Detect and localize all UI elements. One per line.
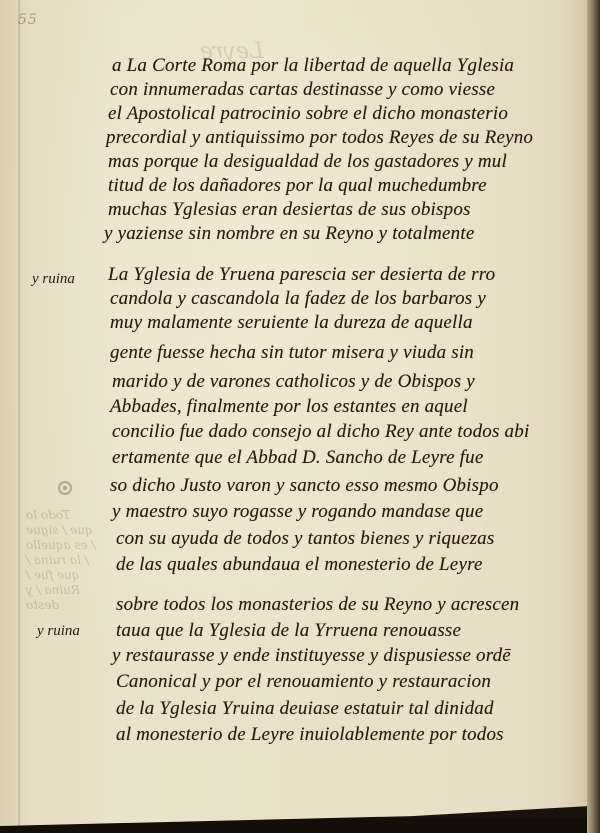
text-line: concilio fue dado consejo al dicho Rey a… xyxy=(112,421,529,443)
text-line: marido y de varones catholicos y de Obis… xyxy=(112,371,475,393)
text-line: sobre todos los monasterios de su Reyno … xyxy=(116,594,519,616)
margin-note: y ruina xyxy=(32,271,75,288)
text-line: con innumeradas cartas destinasse y como… xyxy=(110,79,495,101)
text-line: el Apostolical patrocinio sobre el dicho… xyxy=(108,103,508,125)
text-line: y maestro suyo rogasse y rogando mandase… xyxy=(112,501,483,523)
text-line: precordial y antiquissimo por todos Reye… xyxy=(106,127,533,149)
text-line: de la Yglesia Yruina deuiase estatuir ta… xyxy=(116,698,494,720)
text-line: Abbades, finalmente por los estantes en … xyxy=(110,396,468,418)
text-line: y yaziense sin nombre en su Reyno y tota… xyxy=(104,223,474,245)
text-line: candola y cascandola la fadez de los bar… xyxy=(110,288,486,310)
margin-note: y ruina xyxy=(37,623,80,640)
text-line: titud de los dañadores por la qual muche… xyxy=(108,175,487,197)
text-line: muchas Yglesias eran desiertas de sus ob… xyxy=(108,199,471,221)
text-line: muy malamente seruiente la dureza de aqu… xyxy=(110,312,473,334)
text-line: con su ayuda de todos y tantos bienes y … xyxy=(116,528,494,550)
text-line: mas porque la desigualdad de los gastado… xyxy=(108,151,507,173)
text-line: taua que la Yglesia de la Yrruena renoua… xyxy=(116,620,461,642)
book-gutter-edge xyxy=(587,0,600,833)
text-line: a La Corte Roma por la libertad de aquel… xyxy=(112,55,514,77)
text-line: Canonical y por el renouamiento y restau… xyxy=(116,671,491,693)
text-line: so dicho Justo varon y sancto esso mesmo… xyxy=(110,475,499,497)
text-line: La Yglesia de Yruena parescia ser desier… xyxy=(108,264,495,286)
manuscript-page: 55 Leyre Todo lo que / sigue / es aquell… xyxy=(0,0,588,826)
text-line: ertamente que el Abbad D. Sancho de Leyr… xyxy=(112,447,483,469)
ink-blot-mark xyxy=(58,481,72,495)
text-line: de las quales abundaua el monesterio de … xyxy=(116,554,483,576)
bleed-through-margin: Todo lo que / sigue / es aquello / la ru… xyxy=(26,508,96,613)
text-line: gente fuesse hecha sin tutor misera y vi… xyxy=(110,342,474,364)
text-line: y restaurasse y ende instituyesse y disp… xyxy=(112,645,511,667)
folio-number: 55 xyxy=(18,12,38,28)
text-line: al monesterio de Leyre inuiolablemente p… xyxy=(116,724,504,746)
